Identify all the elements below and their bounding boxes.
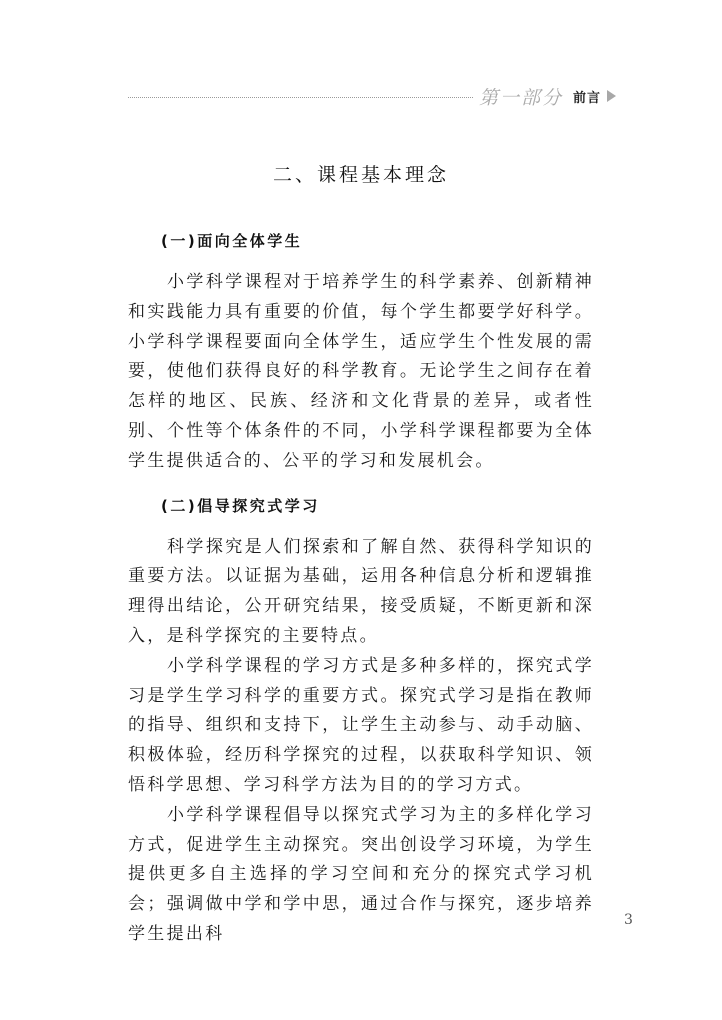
triangle-right-icon	[607, 90, 616, 102]
page-body: (一)面向全体学生 小学科学课程对于培养学生的科学素养、创新精神和实践能力具有重…	[128, 226, 594, 950]
paragraph: 小学科学课程的学习方式是多种多样的，探究式学习是学生学习科学的重要方式。探究式学…	[128, 652, 594, 801]
header-dotted-rule	[128, 97, 473, 98]
subsection-inquiry-learning: (二)倡导探究式学习 科学探究是人们探索和了解自然、获得科学知识的重要方法。以证…	[128, 491, 594, 950]
subsection-heading: (一)面向全体学生	[128, 226, 594, 256]
running-header: 第一部分 前言	[128, 84, 616, 108]
header-section-label: 前言	[573, 87, 601, 106]
page-number: 3	[624, 912, 633, 928]
spacer	[128, 477, 594, 491]
subsection-all-students: (一)面向全体学生 小学科学课程对于培养学生的科学素养、创新精神和实践能力具有重…	[128, 226, 594, 477]
subsection-heading: (二)倡导探究式学习	[128, 491, 594, 521]
section-title: 二、课程基本理念	[0, 160, 722, 187]
paragraph: 小学科学课程倡导以探究式学习为主的多样化学习方式，促进学生主动探究。突出创设学习…	[128, 801, 594, 950]
paragraph: 小学科学课程对于培养学生的科学素养、创新精神和实践能力具有重要的价值，每个学生都…	[128, 268, 594, 477]
header-part-label: 第一部分	[479, 83, 563, 110]
paragraph: 科学探究是人们探索和了解自然、获得科学知识的重要方法。以证据为基础，运用各种信息…	[128, 533, 594, 652]
